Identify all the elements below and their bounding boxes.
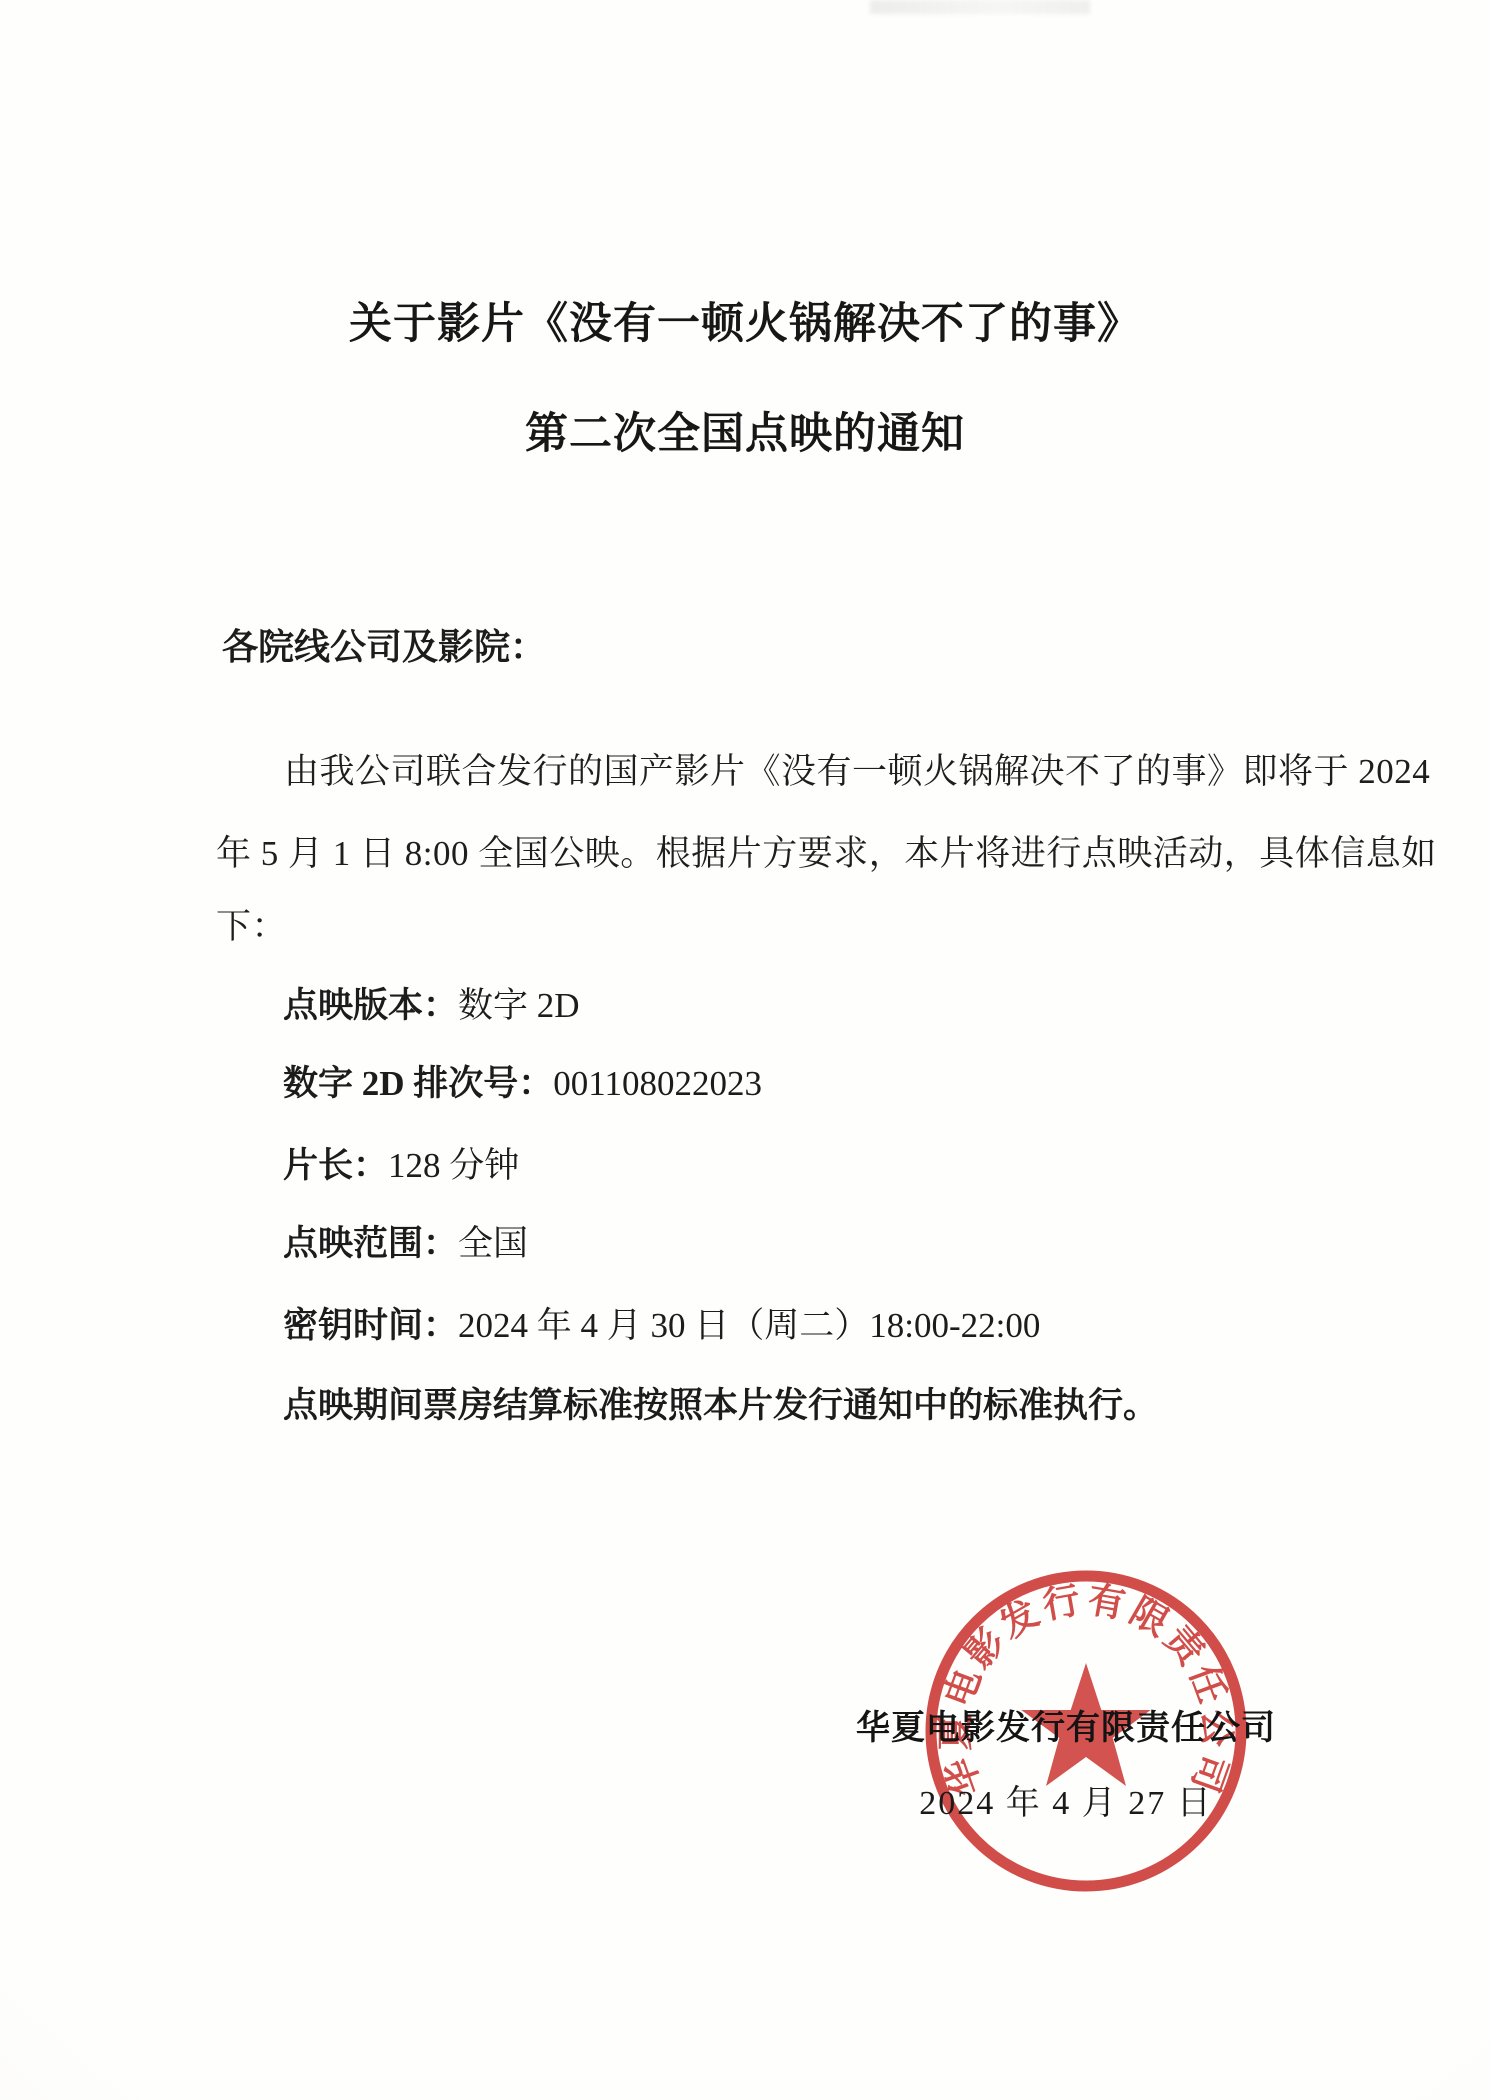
signature-date: 2024 年 4 月 27 日 <box>700 1775 1432 1824</box>
detail-value: 128 分钟 <box>388 1146 519 1185</box>
detail-value: 001108022023 <box>553 1064 762 1103</box>
document-title-line1: 关于影片《没有一顿火锅解决不了的事》 <box>0 290 1490 351</box>
detail-label: 点映范围： <box>283 1224 458 1263</box>
detail-row-version: 点映版本：数字 2D <box>283 978 580 1028</box>
paragraph-line2: 年 5 月 1 日 8:00 全国公映。根据片方要求，本片将进行点映活动，具体信… <box>216 826 1437 876</box>
detail-label: 数字 2D 排次号： <box>283 1064 553 1103</box>
signature-company: 华夏电影发行有限责任公司 <box>700 1700 1432 1749</box>
detail-row-key-time: 密钥时间：2024 年 4 月 30 日（周二）18:00-22:00 <box>283 1298 1040 1348</box>
document-title-line2: 第二次全国点映的通知 <box>0 400 1490 461</box>
detail-row-runtime: 片长：128 分钟 <box>283 1138 519 1188</box>
salutation: 各院线公司及影院： <box>222 619 546 670</box>
detail-value: 全国 <box>458 1224 528 1263</box>
scanned-notice-document: 关于影片《没有一顿火锅解决不了的事》 第二次全国点映的通知 各院线公司及影院： … <box>0 0 1490 2100</box>
detail-value: 数字 2D <box>458 986 580 1025</box>
detail-label: 密钥时间： <box>283 1306 458 1345</box>
paragraph-line1: 由我公司联合发行的国产影片《没有一顿火锅解决不了的事》即将于 2024 <box>284 744 1430 794</box>
detail-label: 点映版本： <box>283 986 458 1025</box>
detail-value: 2024 年 4 月 30 日（周二）18:00-22:00 <box>458 1306 1040 1345</box>
closing-note: 点映期间票房结算标准按照本片发行通知中的标准执行。 <box>283 1378 1158 1428</box>
scan-smudge <box>870 0 1090 14</box>
detail-label: 片长： <box>283 1146 388 1185</box>
signature-block: 华夏电影发行有限责任公司 2024 年 4 月 27 日 <box>700 1700 1432 1824</box>
detail-row-serial: 数字 2D 排次号：001108022023 <box>283 1056 762 1106</box>
detail-row-scope: 点映范围：全国 <box>283 1216 528 1266</box>
paragraph-line3: 下： <box>216 899 287 949</box>
